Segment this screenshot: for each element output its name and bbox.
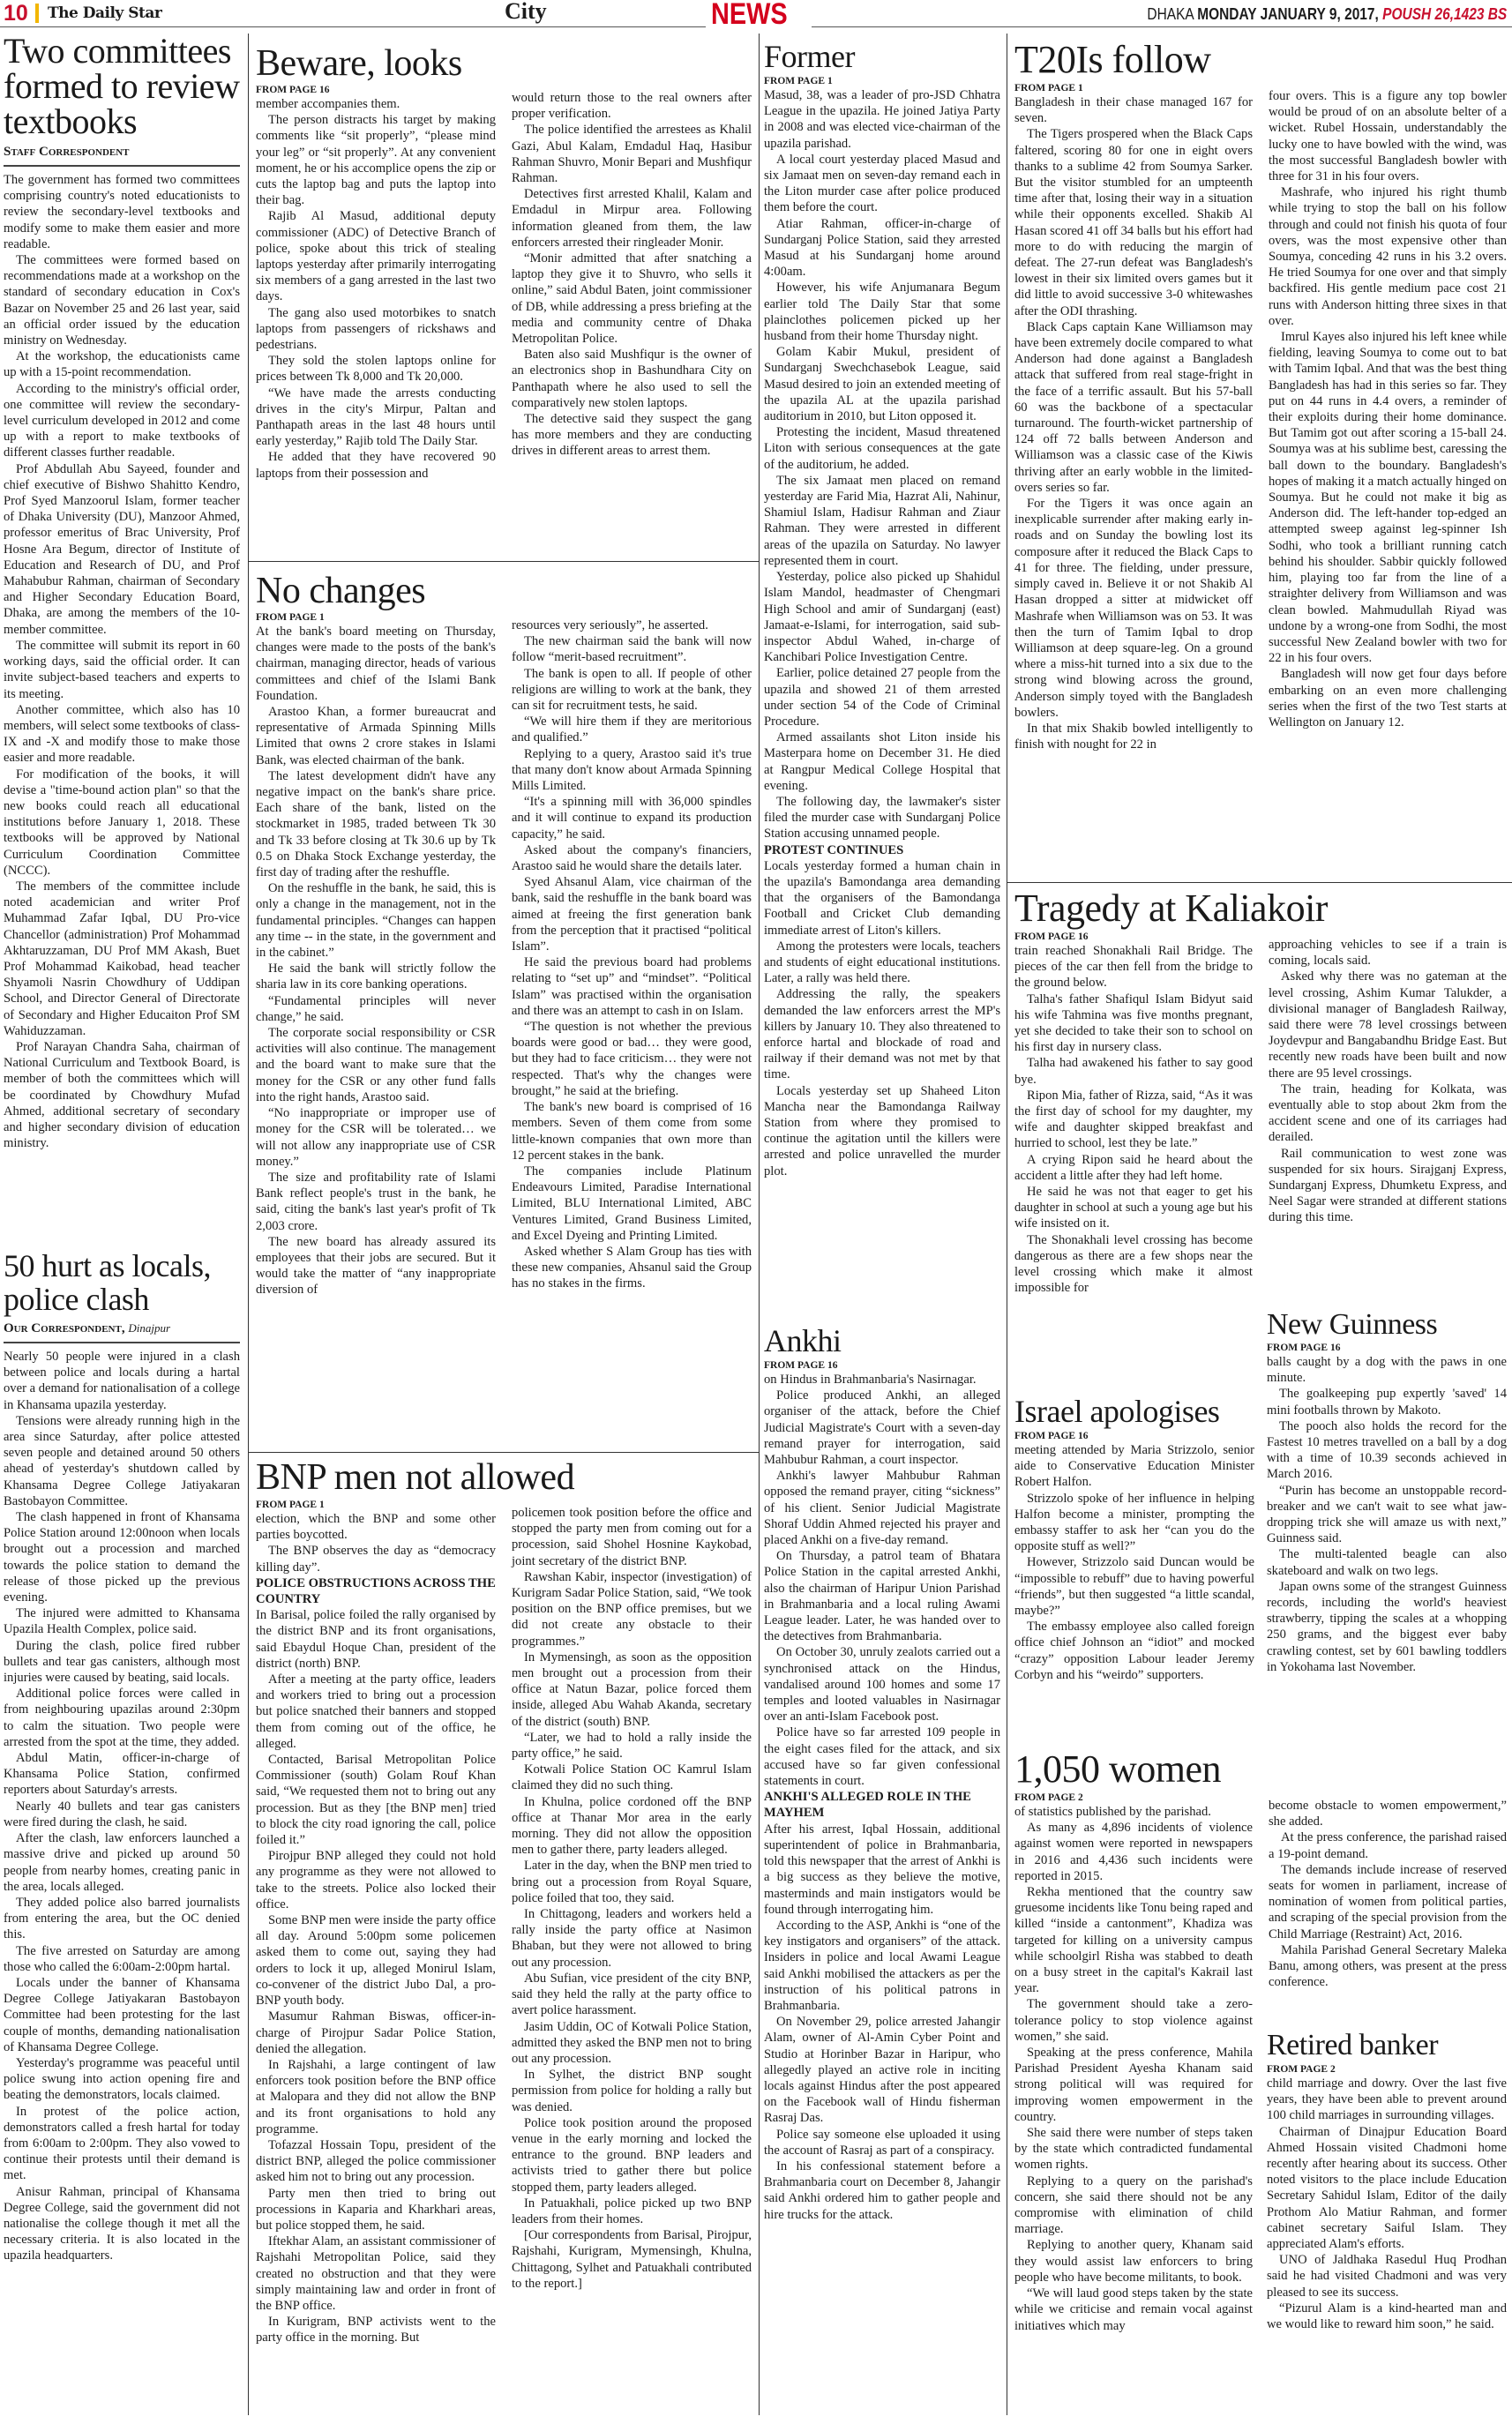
article-body: FROM PAGE 16 on Hindus in Brahmanbaria's… <box>764 1360 1000 2223</box>
paragraph: Replying to a query, Arastoo said it's t… <box>512 746 752 795</box>
dateline-city: DHAKA <box>1147 5 1193 23</box>
headline[interactable]: No changes <box>256 572 752 610</box>
paragraph: The Tigers prospered when the Black Caps… <box>1014 126 1253 318</box>
column-divider <box>1007 34 1007 2415</box>
category-label: NEWS <box>711 0 788 32</box>
article-kaliakoir: Tragedy at Kaliakoir FROM PAGE 16 train … <box>1014 887 1507 1296</box>
paragraph: The train, heading for Kolkata, was even… <box>1269 1081 1507 1146</box>
paragraph: At the press conference, the parishad ra… <box>1269 1829 1507 1861</box>
paragraph: The government should take a zero-tolera… <box>1014 1996 1253 2045</box>
paragraph: Asked about the company's financiers, Ar… <box>512 842 752 874</box>
paragraph: “Pizurul Alam is a kind-hearted man and … <box>1267 2301 1507 2332</box>
paragraph: According to the ASP, Ankhi is “one of t… <box>764 1918 1000 2014</box>
paragraph: For the Tigers it was once again an inex… <box>1014 496 1253 721</box>
paragraph: Rail communication to west zone was susp… <box>1269 1146 1507 1226</box>
paragraph: Arastoo Khan, a former bureaucrat and re… <box>256 704 496 768</box>
paragraph: Contacted, Barisal Metropolitan Police C… <box>256 1752 496 1848</box>
paragraph: On November 29, police arrested Jahangir… <box>764 2014 1000 2126</box>
paragraph: Tensions were already running high in th… <box>4 1413 240 1509</box>
subheading: ANKHI'S ALLEGED ROLE IN THE MAYHEM <box>764 1789 1000 1821</box>
paragraph: After the clash, law enforcers launched … <box>4 1830 240 1895</box>
headline[interactable]: Retired banker <box>1267 2029 1507 2062</box>
article-body: FROM PAGE 16 balls caught by a dog with … <box>1267 1343 1507 1675</box>
paragraph: on Hindus in Brahmanbaria's Nasirnagar. <box>764 1372 1000 1388</box>
article-column: FROM PAGE 16 train reached Shonakhali Ra… <box>1014 930 1253 1296</box>
paragraph: Earlier, police detained 27 people from … <box>764 665 1000 729</box>
paragraph: Mahila Parishad General Secretary Maleka… <box>1269 1942 1507 1991</box>
paragraph: The Shonakhali level crossing has become… <box>1014 1232 1253 1297</box>
headline[interactable]: Tragedy at Kaliakoir <box>1014 887 1507 930</box>
paragraph: Rawshan Kabir, inspector (investigation)… <box>512 1569 752 1650</box>
paragraph: Nearly 50 people were injured in a clash… <box>4 1349 240 1413</box>
paragraph: Talha had awakened his father to say goo… <box>1014 1055 1253 1087</box>
paragraph: The members of the committee include not… <box>4 879 240 1039</box>
paragraph: The pooch also holds the record for the … <box>1267 1418 1507 1483</box>
paragraph: Prof Narayan Chandra Saha, chairman of N… <box>4 1039 240 1151</box>
article-clash: 50 hurt as locals, police clash Our Corr… <box>4 1249 240 2264</box>
paragraph: In that mix Shakib bowled intelligently … <box>1014 721 1253 752</box>
paragraph: The injured were admitted to Khansama Up… <box>4 1605 240 1637</box>
paragraph: She said there were number of steps take… <box>1014 2125 1253 2173</box>
continuation-kicker: FROM PAGE 1 <box>256 1500 496 1510</box>
continuation-kicker: FROM PAGE 2 <box>1014 1792 1253 1803</box>
paragraph: In his confessional statement before a B… <box>764 2158 1000 2223</box>
paragraph: Detectives first arrested Khalil, Kalam … <box>512 186 752 251</box>
paragraph: In Sylhet, the district BNP sought permi… <box>512 2067 752 2115</box>
paragraph: The police identified the arrestees as K… <box>512 122 752 186</box>
article-israel: Israel apologises FROM PAGE 16 meeting a… <box>1014 1394 1254 1683</box>
paragraph: would return those to the real owners af… <box>512 90 752 122</box>
headline[interactable]: Ankhi <box>764 1323 1000 1358</box>
paragraph: Jasim Uddin, OC of Kotwali Police Statio… <box>512 2019 752 2068</box>
subheading: PROTEST CONTINUES <box>764 842 1000 858</box>
paragraph: In Barisal, police foiled the rally orga… <box>256 1607 496 1672</box>
headline[interactable]: Two committees formed to review textbook… <box>4 34 240 139</box>
paragraph: According to the ministry's official ord… <box>4 381 240 461</box>
paragraph: Yesterday's programme was peaceful until… <box>4 2055 240 2104</box>
paragraph: In Khulna, police cordoned off the BNP o… <box>512 1794 752 1859</box>
continuation-kicker: FROM PAGE 16 <box>764 1360 1000 1371</box>
paragraph: Atiar Rahman, officer-in-charge of Sunda… <box>764 216 1000 281</box>
continuation-kicker: FROM PAGE 16 <box>1014 931 1253 942</box>
article-body: The government has formed two committees… <box>4 172 240 1151</box>
paragraph: “No inappropriate or improper use of mon… <box>256 1105 496 1170</box>
paragraph: “We have made the arrests conducting dri… <box>256 385 496 450</box>
paragraph: A crying Ripon said he heard about the a… <box>1014 1152 1253 1184</box>
newspaper-logo[interactable]: The Daily Star <box>48 4 161 22</box>
paragraph: “Fundamental principles will never chang… <box>256 993 496 1025</box>
paragraph: The detective said they suspect the gang… <box>512 411 752 460</box>
headline[interactable]: Beware, looks <box>256 44 752 83</box>
paragraph: Police say someone else uploaded it usin… <box>764 2127 1000 2158</box>
article-column: FROM PAGE 1 election, which the BNP and … <box>256 1498 496 2346</box>
paragraph: Bangladesh will now get four days before… <box>1269 666 1507 730</box>
byline-name: Our Correspondent, <box>4 1321 125 1335</box>
paragraph: [Our correspondents from Barisal, Pirojp… <box>512 2227 752 2292</box>
paragraph: Addressing the rally, the speakers deman… <box>764 986 1000 1082</box>
headline[interactable]: New Guinness <box>1267 1309 1507 1341</box>
paragraph: The bank's new board is comprised of 16 … <box>512 1099 752 1163</box>
paragraph: Iftekhar Alam, an assistant commissioner… <box>256 2233 496 2314</box>
paragraph: Replying to a query on the parishad's co… <box>1014 2173 1253 2238</box>
paragraph: Ankhi's lawyer Mahbubur Rahman opposed t… <box>764 1468 1000 1548</box>
paragraph: Chairman of Dinajpur Education Board Ahm… <box>1267 2124 1507 2253</box>
paragraph: He said the bank will strictly follow th… <box>256 961 496 992</box>
byline-place: Dinajpur <box>128 1321 170 1335</box>
article-column: FROM PAGE 1 Bangladesh in their chase ma… <box>1014 81 1253 752</box>
masthead: 10 The Daily Star City NEWS DHAKA MONDAY… <box>0 0 1512 28</box>
paragraph: The six Jamaat men placed on remand yest… <box>764 473 1000 569</box>
paragraph: The gang also used motorbikes to snatch … <box>256 305 496 354</box>
byline-rule <box>4 1342 240 1343</box>
paragraph: The BNP observes the day as “democracy k… <box>256 1543 496 1575</box>
paragraph: In protest of the police action, demonst… <box>4 2104 240 2184</box>
dateline: DHAKA MONDAY JANUARY 9, 2017, POUSH 26,1… <box>1147 5 1507 24</box>
page-number: 10 <box>4 1 28 26</box>
paragraph: Pirojpur BNP alleged they could not hold… <box>256 1848 496 1912</box>
subheading: POLICE OBSTRUCTIONS ACROSS THE COUNTRY <box>256 1575 496 1607</box>
paragraph: The size and profitability rate of Islam… <box>256 1170 496 1234</box>
paragraph: Golam Kabir Mukul, president of Sundarga… <box>764 344 1000 424</box>
paragraph: Asked why there was no gateman at the le… <box>1269 969 1507 1081</box>
paragraph: In Kurigram, BNP activists went to the p… <box>256 2314 496 2345</box>
dateline-bangla-date: POUSH 26,1423 BS <box>1382 5 1507 23</box>
article-banker: Retired banker FROM PAGE 2 child marriag… <box>1267 2029 1507 2332</box>
paragraph: Armed assailants shot Liton inside his M… <box>764 729 1000 794</box>
paragraph: Kotwali Police Station OC Kamrul Islam c… <box>512 1762 752 1793</box>
paragraph: The demands include increase of reserved… <box>1269 1862 1507 1942</box>
paragraph: The bank is open to all. If people of ot… <box>512 666 752 714</box>
page-number-accent-bar <box>35 4 39 23</box>
paragraph: During the clash, police fired rubber bu… <box>4 1638 240 1687</box>
paragraph: member accompanies them. <box>256 96 496 112</box>
headline[interactable]: T20Is follow <box>1014 39 1507 81</box>
paragraph: Some BNP men were inside the party offic… <box>256 1912 496 2009</box>
section-divider <box>248 561 759 562</box>
headline[interactable]: Former <box>764 39 1000 74</box>
article-column: FROM PAGE 1 At the bank's board meeting … <box>256 610 496 1298</box>
paragraph: Anisur Rahman, principal of Khansama Deg… <box>4 2184 240 2264</box>
continuation-kicker: FROM PAGE 16 <box>1014 1431 1254 1441</box>
paragraph: Later in the day, when the BNP men tried… <box>512 1858 752 1906</box>
paragraph: Bangladesh in their chase managed 167 fo… <box>1014 94 1253 126</box>
article-former: Former FROM PAGE 1 Masud, 38, was a lead… <box>764 39 1000 1179</box>
section-divider <box>1007 882 1512 883</box>
dateline-date: MONDAY JANUARY 9, 2017, <box>1197 5 1379 23</box>
paragraph: “Later, we had to hold a rally inside th… <box>512 1730 752 1762</box>
masthead-rule-right <box>812 26 1512 27</box>
paragraph: He added that they have recovered 90 lap… <box>256 449 496 481</box>
paragraph: After a meeting at the party office, lea… <box>256 1672 496 1752</box>
paragraph: Replying to another query, Khanam said t… <box>1014 2237 1253 2286</box>
article-column: resources very seriously”, he asserted. … <box>512 610 752 1298</box>
paragraph: Among the protesters were locals, teache… <box>764 939 1000 987</box>
headline[interactable]: Israel apologises <box>1014 1394 1254 1429</box>
paragraph: Police produced Ankhi, an alleged organi… <box>764 1388 1000 1468</box>
paragraph: meeting attended by Maria Strizzolo, sen… <box>1014 1442 1254 1491</box>
paragraph: After his arrest, Iqbal Hossain, additio… <box>764 1822 1000 1918</box>
paragraph: Asked whether S Alam Group has ties with… <box>512 1244 752 1292</box>
paragraph: The person distracts his target by makin… <box>256 112 496 208</box>
paragraph: “We will laud good steps taken by the st… <box>1014 2286 1253 2334</box>
paragraph: The embassy employee also called foreign… <box>1014 1619 1254 1683</box>
paragraph: Nearly 40 bullets and tear gas canisters… <box>4 1799 240 1830</box>
headline[interactable]: 50 hurt as locals, police clash <box>4 1249 240 1316</box>
article-textbooks: Two committees formed to review textbook… <box>4 34 240 1151</box>
article-body: Nearly 50 people were injured in a clash… <box>4 1349 240 2264</box>
continuation-kicker: FROM PAGE 16 <box>1267 1343 1507 1353</box>
article-column: policemen took position before the offic… <box>512 1498 752 2346</box>
paragraph: On the reshuffle in the bank, he said, t… <box>256 880 496 961</box>
paragraph: Party men then tried to bring out proces… <box>256 2186 496 2234</box>
paragraph: “We will hire them if they are meritorio… <box>512 714 752 745</box>
article-column: FROM PAGE 16 member accompanies them. Th… <box>256 83 496 482</box>
paragraph: The committee will submit its report in … <box>4 638 240 702</box>
paragraph: Tofazzal Hossain Topu, president of the … <box>256 2137 496 2186</box>
headline[interactable]: 1,050 women <box>1014 1748 1507 1791</box>
paragraph: In Patuakhali, police picked up two BNP … <box>512 2196 752 2227</box>
paragraph: Locals yesterday formed a human chain in… <box>764 858 1000 939</box>
article-column: approaching vehicles to see if a train i… <box>1269 930 1507 1296</box>
masthead-rule-left <box>0 26 706 27</box>
section-title: City <box>505 0 547 25</box>
paragraph: of statistics published by the parishad. <box>1014 1804 1253 1820</box>
paragraph: Locals under the banner of Khansama Degr… <box>4 1975 240 2055</box>
paragraph: Mashrafe, who injured his right thumb wh… <box>1269 184 1507 329</box>
continuation-kicker: FROM PAGE 1 <box>1014 83 1253 94</box>
paragraph: At the workshop, the educationists came … <box>4 348 240 380</box>
byline: Our Correspondent, Dinajpur <box>4 1321 240 1336</box>
article-body: FROM PAGE 1 Masud, 38, was a leader of p… <box>764 76 1000 1179</box>
paragraph: However, his wife Anjumanara Begum earli… <box>764 280 1000 344</box>
paragraph: A local court yesterday placed Masud and… <box>764 152 1000 216</box>
paragraph: Rajib Al Masud, additional deputy commis… <box>256 208 496 304</box>
paragraph: “Purin has become an unstoppable record-… <box>1267 1483 1507 1547</box>
article-bnp: BNP men not allowed FROM PAGE 1 election… <box>256 1457 752 2346</box>
byline: Staff Correspondent <box>4 145 240 160</box>
paragraph: On October 30, unruly zealots carried ou… <box>764 1644 1000 1724</box>
paragraph: Syed Ahsanul Alam, vice chairman of the … <box>512 874 752 954</box>
paragraph: “It's a spinning mill with 36,000 spindl… <box>512 794 752 842</box>
paragraph: In Rajshahi, a large contingent of law e… <box>256 2057 496 2137</box>
paragraph: The five arrested on Saturday are among … <box>4 1943 240 1975</box>
article-beware: Beware, looks FROM PAGE 16 member accomp… <box>256 44 752 482</box>
paragraph: The new board has already assured its em… <box>256 1234 496 1298</box>
paragraph: policemen took position before the offic… <box>512 1505 752 1569</box>
paragraph: election, which the BNP and some other p… <box>256 1511 496 1543</box>
paragraph: The committees were formed based on reco… <box>4 252 240 348</box>
paragraph: Police have so far arrested 109 people i… <box>764 1724 1000 1789</box>
paragraph: Talha's father Shafiqul Islam Bidyut sai… <box>1014 991 1253 1056</box>
section-divider <box>248 1452 759 1453</box>
paragraph: Speaking at the press conference, Mahila… <box>1014 2045 1253 2125</box>
article-ankhi: Ankhi FROM PAGE 16 on Hindus in Brahmanb… <box>764 1323 1000 2223</box>
paragraph: Strizzolo spoke of her influence in help… <box>1014 1491 1254 1555</box>
column-divider <box>248 34 249 2415</box>
paragraph: child marriage and dowry. Over the last … <box>1267 2076 1507 2124</box>
paragraph: The goalkeeping pup expertly 'saved' 14 … <box>1267 1386 1507 1418</box>
paragraph: Additional police forces were called in … <box>4 1686 240 1750</box>
paragraph: UNO of Jaldhaka Rasedul Huq Prodhan said… <box>1267 2252 1507 2301</box>
paragraph: The new chairman said the bank will now … <box>512 633 752 665</box>
article-no-changes: No changes FROM PAGE 1 At the bank's boa… <box>256 572 752 1298</box>
paragraph: four overs. This is a figure any top bow… <box>1269 88 1507 184</box>
paragraph: The multi-talented beagle can also skate… <box>1267 1546 1507 1578</box>
paragraph: He said the previous board had problems … <box>512 954 752 1019</box>
paragraph: Locals yesterday set up Shaheed Liton Ma… <box>764 1083 1000 1179</box>
paragraph: Protesting the incident, Masud threatene… <box>764 424 1000 473</box>
paragraph: The following day, the lawmaker's sister… <box>764 794 1000 842</box>
paragraph: They sold the stolen laptops online for … <box>256 353 496 385</box>
paragraph: Masud, 38, was a leader of pro-JSD Chhat… <box>764 87 1000 152</box>
continuation-kicker: FROM PAGE 1 <box>256 612 496 623</box>
paragraph: Imrul Kayes also injured his left knee w… <box>1269 329 1507 666</box>
paragraph: The clash happened in front of Khansama … <box>4 1509 240 1605</box>
headline[interactable]: BNP men not allowed <box>256 1457 752 1498</box>
paragraph: Black Caps captain Kane Williamson may h… <box>1014 319 1253 496</box>
byline-rule <box>4 165 240 167</box>
paragraph: Prof Abdullah Abu Sayeed, founder and ch… <box>4 461 240 638</box>
paragraph: balls caught by a dog with the paws in o… <box>1267 1354 1507 1386</box>
paragraph: resources very seriously”, he asserted. <box>512 617 752 633</box>
paragraph: However, Strizzolo said Duncan would be … <box>1014 1554 1254 1619</box>
paragraph: The corporate social responsibility or C… <box>256 1025 496 1105</box>
paragraph: The latest development didn't have any n… <box>256 768 496 880</box>
paragraph: train reached Shonakhali Rail Bridge. Th… <box>1014 943 1253 991</box>
article-guinness: New Guinness FROM PAGE 16 balls caught b… <box>1267 1309 1507 1675</box>
column-divider <box>759 34 760 2415</box>
continuation-kicker: FROM PAGE 2 <box>1267 2064 1507 2075</box>
paragraph: For modification of the books, it will d… <box>4 767 240 879</box>
paragraph: “The question is not whether the previou… <box>512 1019 752 1099</box>
paragraph: Ripon Mia, father of Rizza, said, “As it… <box>1014 1088 1253 1152</box>
article-column: would return those to the real owners af… <box>512 83 752 482</box>
paragraph: become obstacle to women empowerment,” s… <box>1269 1798 1507 1829</box>
article-column: FROM PAGE 2 of statistics published by t… <box>1014 1791 1253 2334</box>
paragraph: Rekha mentioned that the country saw gru… <box>1014 1884 1253 1996</box>
paragraph: Abu Sufian, vice president of the city B… <box>512 1971 752 2019</box>
article-column: four overs. This is a figure any top bow… <box>1269 81 1507 752</box>
paragraph: The government has formed two committees… <box>4 172 240 252</box>
article-body: FROM PAGE 16 meeting attended by Maria S… <box>1014 1431 1254 1683</box>
paragraph: Masumur Rahman Biswas, officer-in-charge… <box>256 2009 496 2057</box>
paragraph: Abdul Matin, officer-in-charge of Khansa… <box>4 1750 240 1799</box>
paragraph: The companies include Platinum Endeavour… <box>512 1163 752 1244</box>
paragraph: As many as 4,896 incidents of violence a… <box>1014 1820 1253 1884</box>
paragraph: approaching vehicles to see if a train i… <box>1269 937 1507 969</box>
paragraph: He said he was not that eager to get his… <box>1014 1184 1253 1232</box>
paragraph: In Chittagong, leaders and workers held … <box>512 1906 752 1971</box>
paragraph: On Thursday, a patrol team of Bhatara Po… <box>764 1548 1000 1644</box>
paragraph: Another committee, which also has 10 mem… <box>4 702 240 767</box>
paragraph: In Mymensingh, as soon as the opposition… <box>512 1650 752 1730</box>
paragraph: Japan owns some of the strangest Guinnes… <box>1267 1579 1507 1675</box>
continuation-kicker: FROM PAGE 1 <box>764 76 1000 86</box>
article-t20: T20Is follow FROM PAGE 1 Bangladesh in t… <box>1014 39 1507 752</box>
paragraph: Yesterday, police also picked up Shahidu… <box>764 569 1000 665</box>
article-body: FROM PAGE 2 child marriage and dowry. Ov… <box>1267 2064 1507 2332</box>
continuation-kicker: FROM PAGE 16 <box>256 85 496 95</box>
paragraph: “Monir admitted that after snatching a l… <box>512 251 752 347</box>
paragraph: Police took position around the proposed… <box>512 2115 752 2196</box>
paragraph: At the bank's board meeting on Thursday,… <box>256 624 496 704</box>
paragraph: They added police also barred journalist… <box>4 1895 240 1943</box>
paragraph: Baten also said Mushfiqur is the owner o… <box>512 347 752 411</box>
